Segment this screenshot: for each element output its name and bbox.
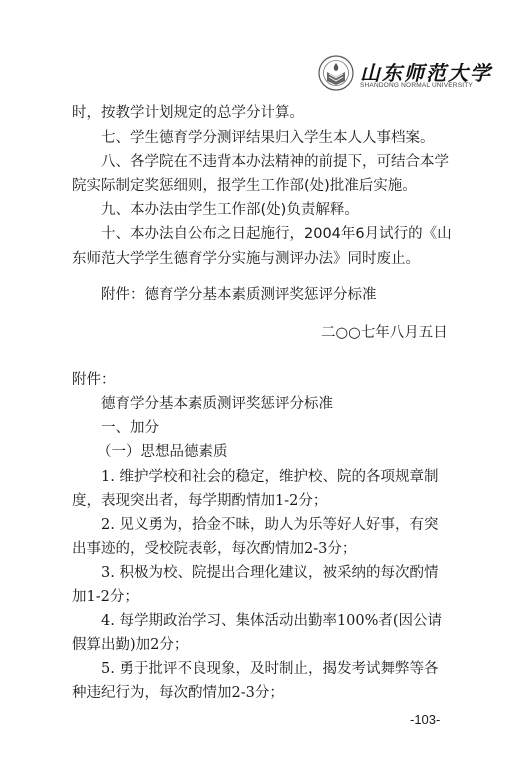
item-1-line-1: 1. 维护学校和社会的稳定，维护校、院的各项规章制	[101, 467, 438, 487]
item-2-line-2: 出事迹的，受校院表彰，每次酌情加2-3分；	[72, 539, 356, 559]
attachment-reference: 附件：德育学分基本素质测评奖惩评分标准	[101, 285, 377, 305]
item-4-line-1: 4. 每学期政治学习、集体活动出勤率100%者(因公请	[101, 611, 442, 631]
body-line: 七、学生德育学分测评结果归入学生本人人事档案。	[101, 128, 435, 148]
document-date: 二○○七年八月五日	[321, 323, 448, 343]
item-3-line-2: 加1-2分；	[72, 587, 139, 607]
appendix-title: 德育学分基本素质测评奖惩评分标准	[101, 394, 333, 414]
item-1-line-2: 度，表现突出者，每学期酌情加1-2分；	[72, 491, 327, 511]
item-4-line-2: 假算出勤)加2分；	[72, 635, 188, 655]
university-header: 山东师范大学 SHANDONG NORMAL UNIVERSITY	[318, 55, 518, 95]
body-line: 十、本办法自公布之日起施行，2004年6月试行的《山	[101, 224, 452, 244]
body-line: 九、本办法由学生工作部(处)负责解释。	[101, 200, 359, 220]
section-heading: 一、加分	[101, 418, 159, 438]
item-5-line-1: 5. 勇于批评不良现象，及时制止，揭发考试舞弊等各	[101, 659, 438, 679]
subsection-heading: （一）思想品德素质	[97, 442, 228, 462]
university-emblem-icon	[318, 55, 354, 91]
body-line: 东师范大学学生德育学分实施与测评办法》同时废止。	[72, 249, 420, 269]
body-line: 八、各学院在不违背本办法精神的前提下，可结合本学	[101, 152, 449, 172]
item-3-line-1: 3. 积极为校、院提出合理化建议，被采纳的每次酌情	[101, 563, 438, 583]
appendix-label: 附件：	[72, 370, 116, 390]
body-line: 院实际制定奖惩细则，报学生工作部(处)批准后实施。	[72, 176, 417, 196]
item-2-line-1: 2. 见义勇为，拾金不昧，助人为乐等好人好事，有突	[101, 515, 438, 535]
page-number: -103-	[410, 712, 440, 727]
university-name-en: SHANDONG NORMAL UNIVERSITY	[360, 82, 473, 89]
body-line: 时，按教学计划规定的总学分计算。	[72, 103, 304, 123]
item-5-line-2: 种违纪行为，每次酌情加2-3分；	[72, 683, 284, 703]
